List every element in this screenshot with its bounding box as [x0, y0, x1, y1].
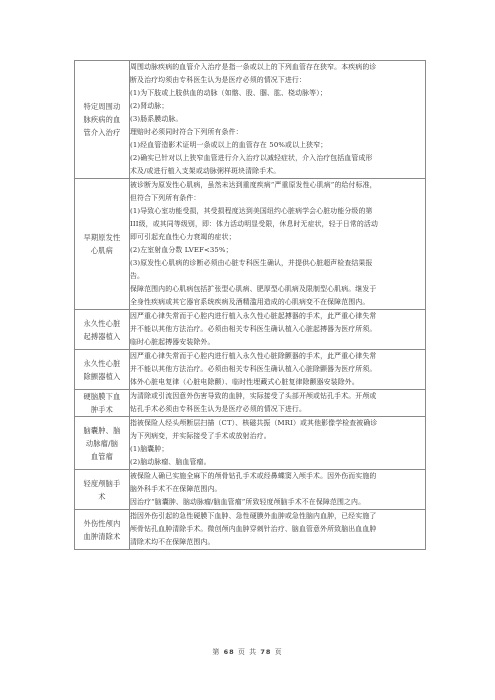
definition-line: 周围动脉疾病的血管介入治疗是指一条或以上的下列血管存在狭窄。本疾病的诊: [130, 61, 425, 74]
current-page-number: 68: [224, 648, 235, 656]
definition-line: 并不能以其他方法治疗。必须由相关专科医生确认植入心脏起搏器为医疗所须。: [130, 323, 425, 336]
definition-line: 术及/或进行植入支架或动脉粥样斑块清除手术。: [130, 165, 425, 178]
definition-line: 指因外伤引起的急性硬膜下血肿、急性硬膜外血肿或急性脑内血肿，已经实施了: [130, 510, 425, 523]
definition-line: (3)原发性心肌病的诊断必须由心脏专科医生确认，并提供心脏超声检查结果报: [130, 257, 425, 270]
term-label-line: 血管瘤: [75, 450, 129, 463]
definition-cell: 指被保险人经头颅断层扫描（CT）、核磁共振（MRI）或其他影像学检查被确诊为下列…: [130, 417, 426, 470]
disease-definition-table: 特定周围动脉疾病的血管介入治疗周围动脉疾病的血管介入治疗是指一条或以上的下列血管…: [74, 60, 426, 550]
term-label-line: 轻度颅脑手: [75, 477, 129, 490]
definition-cell: 周围动脉疾病的血管介入治疗是指一条或以上的下列血管存在狭窄。本疾病的诊断及治疗均…: [130, 61, 426, 179]
definition-line: 被诊断为原发性心肌病，虽然未达到重度疾病“严重原发性心肌病”的给付标准，: [130, 179, 425, 192]
term-cell: 特定周围动脉疾病的血管介入治疗: [75, 61, 130, 179]
definition-line: 全身性疾病或其它器官系统疾病及酒精滥用造成的心肌病变不在保障范围内。: [130, 296, 425, 309]
footer-prefix: 第: [212, 648, 220, 656]
definition-line: 但符合下列所有条件：: [130, 192, 425, 205]
definition-line: 为清除或引流因意外伤害导致的血肿，实际接受了头部开颅或钻孔手术。开颅或: [130, 390, 425, 403]
term-label-line: 动脉瘤/脑: [75, 437, 129, 450]
table-row: 轻度颅脑手术被保险人确已实施全麻下的颅骨钻孔手术或经鼻蝶窦入颅手术。因外伤而实施…: [75, 470, 426, 510]
term-label-line: 血肿清除术: [75, 530, 129, 543]
term-label-line: 特定周围动: [75, 100, 129, 113]
term-cell: 永久性心脏起搏器植入: [75, 310, 130, 350]
term-label-line: 永久性心脏: [75, 357, 129, 370]
definition-cell: 指因外伤引起的急性硬膜下血肿、急性硬膜外血肿或急性脑内血肿，已经实施了颅骨钻孔血…: [130, 510, 426, 550]
definition-line: 并不能以其他方法治疗。必须由相关专科医生确认植入心脏除颤器为医疗所须。: [130, 363, 425, 376]
definition-line: (2)左室射血分数 LVEF<35%；: [130, 244, 425, 257]
definition-line: 钻孔手术必须由专科医生认为是医疗必须的情况下进行。: [130, 403, 425, 416]
definition-cell: 被保险人确已实施全麻下的颅骨钻孔手术或经鼻蝶窦入颅手术。因外伤而实施的脑外科手术…: [130, 470, 426, 510]
definition-line: (1)为下肢或上肢供血的动脉（如髂、股、腘、肱、桡动脉等）；: [130, 87, 425, 100]
document-page: 特定周围动脉疾病的血管介入治疗周围动脉疾病的血管介入治疗是指一条或以上的下列血管…: [0, 0, 495, 700]
definition-line: 因严重心律失常而于心腔内进行植入永久性心脏除颤器的手术，此严重心律失常: [130, 350, 425, 363]
term-label-line: 管介入治疗: [75, 126, 129, 139]
term-cell: 脑囊肿、脑动脉瘤/脑血管瘤: [75, 417, 130, 470]
term-label-line: 心肌病: [75, 244, 129, 257]
term-cell: 轻度颅脑手术: [75, 470, 130, 510]
definition-line: 被保险人确已实施全麻下的颅骨钻孔手术或经鼻蝶窦入颅手术。因外伤而实施的: [130, 470, 425, 483]
definition-line: 指被保险人经头颅断层扫描（CT）、核磁共振（MRI）或其他影像学检查被确诊: [130, 417, 425, 430]
definition-line: (2)脑动脉瘤、脑血管瘤。: [130, 456, 425, 469]
term-label-line: 脑囊肿、脑: [75, 424, 129, 437]
term-cell: 早期原发性心肌病: [75, 179, 130, 310]
definition-line: 保障范围内的心肌病包括扩张型心肌病、肥厚型心肌病及限制型心肌病。继发于: [130, 283, 425, 296]
term-label-line: 肿手术: [75, 403, 129, 416]
definition-line: (1)导致心室功能受损，其受损程度达到美国纽约心脏病学会心脏功能分级的第: [130, 205, 425, 218]
table-row: 特定周围动脉疾病的血管介入治疗周围动脉疾病的血管介入治疗是指一条或以上的下列血管…: [75, 61, 426, 179]
table-row: 永久性心脏除颤器植入因严重心律失常而于心腔内进行植入永久性心脏除颤器的手术，此严…: [75, 350, 426, 390]
definition-line: 为下列病变，并实际接受了手术或放射治疗。: [130, 430, 425, 443]
term-label-line: 起搏器植入: [75, 330, 129, 343]
definition-line: 因治疗“脑囊肿、脑动脉瘤/脑血管瘤”所致轻度颅脑手术不在保障范围之内。: [130, 496, 425, 509]
footer-middle: 页 共: [238, 648, 257, 656]
table-row: 脑囊肿、脑动脉瘤/脑血管瘤指被保险人经头颅断层扫描（CT）、核磁共振（MRI）或…: [75, 417, 426, 470]
term-label-line: 外伤性颅内: [75, 517, 129, 530]
term-label-line: 除颤器植入: [75, 370, 129, 383]
term-cell: 永久性心脏除颤器植入: [75, 350, 130, 390]
definition-line: 体外心脏电复律（心脏电除颤）、临时性埋藏式心脏复律除颤器安装除外。: [130, 376, 425, 389]
table-row: 硬脑膜下血肿手术为清除或引流因意外伤害导致的血肿，实际接受了头部开颅或钻孔手术。…: [75, 390, 426, 417]
definition-cell: 因严重心律失常而于心腔内进行植入永久性心脏起搏器的手术，此严重心律失常并不能以其…: [130, 310, 426, 350]
term-cell: 外伤性颅内血肿清除术: [75, 510, 130, 550]
definition-line: 理赔时必须同时符合下列所有条件：: [130, 126, 425, 139]
table-row: 永久性心脏起搏器植入因严重心律失常而于心腔内进行植入永久性心脏起搏器的手术，此严…: [75, 310, 426, 350]
footer-suffix: 页: [275, 648, 283, 656]
definition-line: (2)肾动脉；: [130, 100, 425, 113]
definition-line: III级，或其同等级别，即：体力活动明显受限，休息时无症状，轻于日常的活动: [130, 218, 425, 231]
term-label-line: 永久性心脏: [75, 317, 129, 330]
definition-line: (1)脑囊肿；: [130, 443, 425, 456]
definition-line: 即可引起充血性心力衰竭的症状；: [130, 231, 425, 244]
definition-line: 断及治疗均须由专科医生认为是医疗必须的情况下进行：: [130, 74, 425, 87]
definition-line: (3)肠系膜动脉。: [130, 113, 425, 126]
definition-cell: 因严重心律失常而于心腔内进行植入永久性心脏除颤器的手术，此严重心律失常并不能以其…: [130, 350, 426, 390]
definition-line: 因严重心律失常而于心腔内进行植入永久性心脏起搏器的手术，此严重心律失常: [130, 310, 425, 323]
definition-line: (2)确实已针对以上狭窄血管进行介入治疗以减轻症状，介入治疗包括血管成形: [130, 152, 425, 165]
definition-line: 临时心脏起搏器安装除外。: [130, 336, 425, 349]
definition-line: (1)经血管造影术证明一条或以上的血管存在 50%或以上狭窄；: [130, 139, 425, 152]
term-label-line: 脉疾病的血: [75, 113, 129, 126]
definition-line: 颅骨钻孔血肿清除手术。微创颅内血肿穿刺针治疗、脑血管意外所致脑出血血肿: [130, 523, 425, 536]
definition-cell: 被诊断为原发性心肌病，虽然未达到重度疾病“严重原发性心肌病”的给付标准，但符合下…: [130, 179, 426, 310]
table-row: 早期原发性心肌病被诊断为原发性心肌病，虽然未达到重度疾病“严重原发性心肌病”的给…: [75, 179, 426, 310]
page-footer: 第 68 页 共 78 页: [0, 647, 495, 657]
term-label-line: 术: [75, 490, 129, 503]
term-label-line: 硬脑膜下血: [75, 390, 129, 403]
definition-line: 脑外科手术不在保障范围内。: [130, 483, 425, 496]
table-row: 外伤性颅内血肿清除术指因外伤引起的急性硬膜下血肿、急性硬膜外血肿或急性脑内血肿，…: [75, 510, 426, 550]
term-label-line: 早期原发性: [75, 231, 129, 244]
definition-line: 告。: [130, 270, 425, 283]
definition-cell: 为清除或引流因意外伤害导致的血肿，实际接受了头部开颅或钻孔手术。开颅或钻孔手术必…: [130, 390, 426, 417]
total-pages-number: 78: [260, 648, 271, 656]
definition-line: 清除术均不在保障范围内。: [130, 536, 425, 549]
term-cell: 硬脑膜下血肿手术: [75, 390, 130, 417]
